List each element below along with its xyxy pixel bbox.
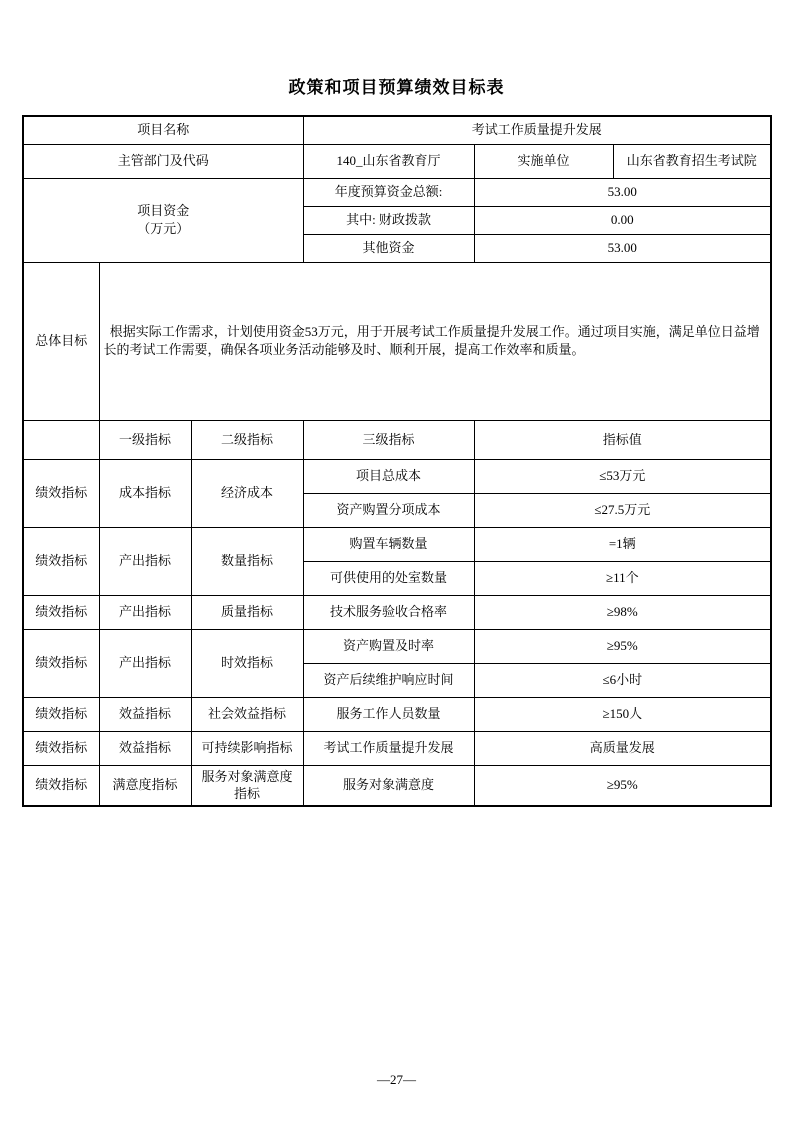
indicator-row: 绩效指标 满意度指标 服务对象满意度指标 服务对象满意度 ≥95% — [23, 765, 771, 806]
overall-goal-text: 根据实际工作需求，计划使用资金53万元，用于开展考试工作质量提升发展工作。通过项… — [99, 262, 771, 420]
indicator-row: 绩效指标 产出指标 时效指标 资产购置及时率 ≥95% — [23, 629, 771, 663]
implement-unit-label: 实施单位 — [474, 144, 613, 178]
indicator-value: ≤6小时 — [474, 663, 771, 697]
indicator-value: ≤53万元 — [474, 459, 771, 493]
indicator-row: 绩效指标 效益指标 社会效益指标 服务工作人员数量 ≥150人 — [23, 697, 771, 731]
indicator-level2: 数量指标 — [191, 527, 303, 595]
indicator-row: 绩效指标 产出指标 数量指标 购置车辆数量 =1辆 — [23, 527, 771, 561]
indicator-level3: 资产后续维护响应时间 — [303, 663, 474, 697]
document-page: 政策和项目预算绩效目标表 项目名称 考试工作质量提升发展 主管部门及代码 140… — [0, 0, 793, 1123]
page-title: 政策和项目预算绩效目标表 — [0, 0, 793, 96]
indicator-level1: 产出指标 — [99, 629, 191, 697]
department-value: 140_山东省教育厅 — [303, 144, 474, 178]
indicator-value: ≥95% — [474, 629, 771, 663]
indicator-value: 高质量发展 — [474, 731, 771, 765]
project-name-label: 项目名称 — [23, 116, 303, 144]
department-label: 主管部门及代码 — [23, 144, 303, 178]
indicator-level3: 购置车辆数量 — [303, 527, 474, 561]
indicator-value: ≥11个 — [474, 561, 771, 595]
indicator-level2: 时效指标 — [191, 629, 303, 697]
indicator-level1: 效益指标 — [99, 731, 191, 765]
indicator-header-value: 指标值 — [474, 420, 771, 459]
indicator-category: 绩效指标 — [23, 731, 99, 765]
indicator-category: 绩效指标 — [23, 595, 99, 629]
table-row: 总体目标 根据实际工作需求，计划使用资金53万元，用于开展考试工作质量提升发展工… — [23, 262, 771, 420]
indicator-value: ≥95% — [474, 765, 771, 806]
indicator-level1: 成本指标 — [99, 459, 191, 527]
indicator-level3: 考试工作质量提升发展 — [303, 731, 474, 765]
table-row: 主管部门及代码 140_山东省教育厅 实施单位 山东省教育招生考试院 — [23, 144, 771, 178]
indicator-level3: 项目总成本 — [303, 459, 474, 493]
indicator-value: =1辆 — [474, 527, 771, 561]
indicator-level3: 资产购置分项成本 — [303, 493, 474, 527]
indicator-level3: 可供使用的处室数量 — [303, 561, 474, 595]
implement-unit-value: 山东省教育招生考试院 — [613, 144, 771, 178]
performance-target-table: 项目名称 考试工作质量提升发展 主管部门及代码 140_山东省教育厅 实施单位 … — [22, 115, 772, 807]
funds-label: 项目资金 （万元） — [23, 178, 303, 262]
indicator-level2: 质量指标 — [191, 595, 303, 629]
project-name-value: 考试工作质量提升发展 — [303, 116, 771, 144]
indicator-level1: 效益指标 — [99, 697, 191, 731]
indicator-header-level2: 二级指标 — [191, 420, 303, 459]
indicator-category: 绩效指标 — [23, 629, 99, 697]
indicator-category: 绩效指标 — [23, 697, 99, 731]
indicator-header-level3: 三级指标 — [303, 420, 474, 459]
indicator-category: 绩效指标 — [23, 527, 99, 595]
funds-fiscal-label: 其中: 财政拨款 — [303, 206, 474, 234]
indicator-header-row: 一级指标 二级指标 三级指标 指标值 — [23, 420, 771, 459]
indicator-level1: 产出指标 — [99, 527, 191, 595]
page-number: —27— — [0, 1072, 793, 1088]
indicator-row: 绩效指标 成本指标 经济成本 项目总成本 ≤53万元 — [23, 459, 771, 493]
funds-total-value: 53.00 — [474, 178, 771, 206]
indicator-header-level1: 一级指标 — [99, 420, 191, 459]
indicator-level1: 满意度指标 — [99, 765, 191, 806]
indicator-category: 绩效指标 — [23, 459, 99, 527]
indicator-value: ≤27.5万元 — [474, 493, 771, 527]
funds-other-value: 53.00 — [474, 234, 771, 262]
indicator-level3: 资产购置及时率 — [303, 629, 474, 663]
indicator-row: 绩效指标 效益指标 可持续影响指标 考试工作质量提升发展 高质量发展 — [23, 731, 771, 765]
table-row: 项目名称 考试工作质量提升发展 — [23, 116, 771, 144]
funds-other-label: 其他资金 — [303, 234, 474, 262]
indicator-row: 绩效指标 产出指标 质量指标 技术服务验收合格率 ≥98% — [23, 595, 771, 629]
indicator-value: ≥98% — [474, 595, 771, 629]
indicator-value: ≥150人 — [474, 697, 771, 731]
indicator-category: 绩效指标 — [23, 765, 99, 806]
indicator-level2: 社会效益指标 — [191, 697, 303, 731]
indicator-level2: 可持续影响指标 — [191, 731, 303, 765]
indicator-level2: 服务对象满意度指标 — [191, 765, 303, 806]
indicator-level2: 经济成本 — [191, 459, 303, 527]
funds-fiscal-value: 0.00 — [474, 206, 771, 234]
indicator-level3: 服务对象满意度 — [303, 765, 474, 806]
overall-goal-label: 总体目标 — [23, 262, 99, 420]
indicator-level1: 产出指标 — [99, 595, 191, 629]
indicator-header-empty — [23, 420, 99, 459]
indicator-level3: 技术服务验收合格率 — [303, 595, 474, 629]
indicator-level3: 服务工作人员数量 — [303, 697, 474, 731]
funds-total-label: 年度预算资金总额: — [303, 178, 474, 206]
table-row: 项目资金 （万元） 年度预算资金总额: 53.00 — [23, 178, 771, 206]
